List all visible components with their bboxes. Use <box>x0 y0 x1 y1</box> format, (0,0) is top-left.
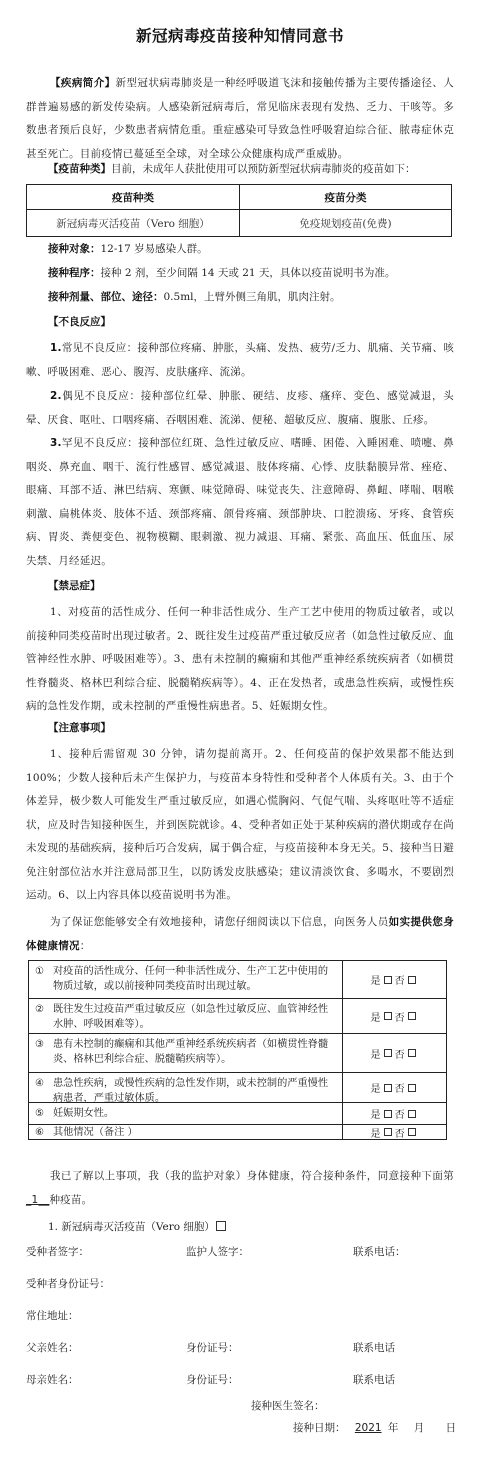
consent-text-before: 我已了解以上事项，我（我的监护对象）身体健康，符合接种条件，同意接种下面第 <box>50 1170 454 1182</box>
yes-checkbox[interactable] <box>384 1084 392 1092</box>
no-checkbox[interactable] <box>408 1110 416 1118</box>
vaccination-date: 接种日期： 2021 年 月 日 <box>293 1420 456 1436</box>
date-label: 接种日期： <box>293 1422 346 1434</box>
no-label: 否 <box>395 1009 405 1024</box>
adverse-item-2-text: 偶见不良反应：接种部位红晕、肿胀、硬结、皮疹、瘙痒、变色、感觉减退，头晕、厌食、… <box>26 390 454 426</box>
father-name-label: 父亲姓名： <box>26 1340 79 1356</box>
adverse-item-3-text: 罕见不良反应：接种部位红斑、急性过敏反应、嗜睡、困倦、入睡困难、喷嚏、鼻咽炎、鼻… <box>26 437 454 567</box>
yes-checkbox[interactable] <box>384 1049 392 1057</box>
adverse-item-1-prefix: 1. <box>50 342 62 354</box>
vaccine-types-label: 【疫苗种类】 <box>48 163 111 175</box>
yes-checkbox[interactable] <box>384 976 392 984</box>
contraindications-text: 1、对疫苗的活性成分、任何一种非活性成分、生产工艺中使用的物质过敏者，或以前接种… <box>26 601 454 719</box>
health-intro: 为了保证您能够安全有效地接种，请您仔细阅读以下信息，向医务人员如实提供您身体健康… <box>26 911 454 958</box>
procedure-label: 接种程序： <box>48 267 101 279</box>
yes-checkbox[interactable] <box>384 1110 392 1118</box>
yes-label: 是 <box>370 1009 380 1024</box>
notes-heading: 【注意事项】 <box>48 720 111 735</box>
consent-text-after: 种疫苗。 <box>49 1194 92 1206</box>
no-checkbox[interactable] <box>408 1084 416 1092</box>
health-row-3: ③患有未控制的癫痫和其他严重神经系统疾病者（如横贯性脊髓炎、格林巴利综合症、脱髓… <box>29 1034 446 1073</box>
dosage-label: 接种剂量、部位、途径： <box>48 291 164 303</box>
guardian-signature-label: 监护人签字： <box>186 1244 249 1260</box>
father-id-label: 身份证号： <box>186 1340 239 1356</box>
yes-label: 是 <box>370 1125 380 1140</box>
no-checkbox[interactable] <box>408 976 416 984</box>
address-label: 常住地址： <box>26 1308 79 1324</box>
consent-number-value: 1 <box>32 1194 39 1206</box>
consent-option: 1. 新冠病毒灭活疫苗（Vero 细胞） <box>48 1217 458 1237</box>
disease-intro-label: 【疾病简介】 <box>50 77 116 89</box>
yes-label: 是 <box>370 1046 380 1061</box>
no-checkbox[interactable] <box>408 1049 416 1057</box>
health-row-6-num: ⑥ <box>35 1125 53 1140</box>
adverse-item-2: 2.偶见不良反应：接种部位红晕、肿胀、硬结、皮疹、瘙痒、变色、感觉减退，头晕、厌… <box>26 385 454 432</box>
health-row-4-num: ④ <box>35 1076 53 1099</box>
health-row-5-text: 妊娠期女性。 <box>53 1106 338 1121</box>
notes-text: 1、接种后需留观 30 分钟，请勿提前离开。2、任何疫苗的保护效果都不能达到 1… <box>26 743 454 908</box>
recipient-signature-label: 受种者签字： <box>26 1244 89 1260</box>
health-row-1-answer: 是 否 <box>343 961 446 998</box>
year-unit: 年 <box>388 1422 399 1434</box>
health-row-5-num: ⑤ <box>35 1106 53 1121</box>
health-row-6-text: 其他情况（备注 ） <box>53 1125 338 1140</box>
date-year[interactable]: 2021 <box>355 1422 382 1434</box>
target-line: 接种对象：12-17 岁易感染人群。 <box>48 239 458 259</box>
consent-option-checkbox[interactable] <box>216 1221 226 1231</box>
no-label: 否 <box>395 1046 405 1061</box>
contraindications-heading: 【禁忌症】 <box>48 578 101 593</box>
yes-label: 是 <box>370 1106 380 1121</box>
doctor-signature-label: 接种医生签名： <box>251 1398 325 1414</box>
procedure-line: 接种程序：接种 2 剂，至少间隔 14 天或 21 天，具体以疫苗说明书为准。 <box>48 263 458 283</box>
yes-label: 是 <box>370 972 380 987</box>
adverse-item-3-prefix: 3. <box>50 437 62 449</box>
no-checkbox[interactable] <box>408 1012 416 1020</box>
health-row-2: ②既往发生过疫苗严重过敏反应（如急性过敏反应、血管神经性水肿、呼吸困难等）。 是… <box>29 999 446 1034</box>
consent-statement: 我已了解以上事项，我（我的监护对象）身体健康，符合接种条件，同意接种下面第_1_… <box>26 1165 454 1212</box>
adverse-item-1: 1.常见不良反应：接种部位疼痛、肿胀，头痛、发热、疲劳/乏力、肌痛、关节痛、咳嗽… <box>26 337 454 384</box>
health-row-1: ①对疫苗的活性成分、任何一种非活性成分、生产工艺中使用的物质过敏，或以前接种同类… <box>29 961 446 999</box>
health-row-1-text: 对疫苗的活性成分、任何一种非活性成分、生产工艺中使用的物质过敏，或以前接种同类疫… <box>53 964 338 995</box>
vaccine-table: 疫苗种类 疫苗分类 新冠病毒灭活疫苗（Vero 细胞） 免疫规划疫苗(免费) <box>26 184 452 237</box>
father-phone-label: 联系电话 <box>353 1340 395 1356</box>
vaccine-table-cell-category: 免疫规划疫苗(免费) <box>240 210 451 236</box>
vaccine-table-header-category: 疫苗分类 <box>240 185 451 210</box>
health-row-5-answer: 是 否 <box>343 1103 446 1124</box>
health-row-6: ⑥其他情况（备注 ） 是 否 <box>29 1125 446 1139</box>
target-text: 12-17 岁易感染人群。 <box>101 243 208 255</box>
adverse-item-3: 3.罕见不良反应：接种部位红斑、急性过敏反应、嗜睡、困倦、入睡困难、喷嚏、鼻咽炎… <box>26 432 454 573</box>
vaccine-table-cell-type: 新冠病毒灭活疫苗（Vero 细胞） <box>27 210 240 236</box>
disease-intro-text: 新型冠状病毒肺炎是一种经呼吸道飞沫和接触传播为主要传播途径、人群普遍易感的新发传… <box>26 77 454 160</box>
health-row-4-answer: 是 否 <box>343 1073 446 1102</box>
health-row-4: ④患急性疾病，或慢性疾病的急性发作期，或未控制的严重慢性病患者，严重过敏体质。 … <box>29 1073 446 1103</box>
health-row-2-text: 既往发生过疫苗严重过敏反应（如急性过敏反应、血管神经性水肿、呼吸困难等）。 <box>53 1002 338 1030</box>
target-label: 接种对象： <box>48 243 101 255</box>
health-row-3-text: 患有未控制的癫痫和其他严重神经系统疾病者（如横贯性脊髓炎、格林巴利综合症、脱髓鞘… <box>53 1037 338 1069</box>
health-table: ①对疫苗的活性成分、任何一种非活性成分、生产工艺中使用的物质过敏，或以前接种同类… <box>28 960 447 1140</box>
health-intro-end: ： <box>80 940 91 952</box>
month-unit: 月 <box>414 1422 425 1434</box>
health-row-4-text: 患急性疾病，或慢性疾病的急性发作期，或未控制的严重慢性病患者，严重过敏体质。 <box>53 1076 338 1099</box>
health-row-1-num: ① <box>35 964 53 995</box>
no-checkbox[interactable] <box>408 1128 416 1136</box>
no-label: 否 <box>395 972 405 987</box>
dosage-text: 0.5ml，上臂外侧三角肌，肌肉注射。 <box>164 291 341 303</box>
health-row-3-answer: 是否 <box>343 1034 446 1072</box>
yes-checkbox[interactable] <box>384 1128 392 1136</box>
dosage-line: 接种剂量、部位、途径：0.5ml，上臂外侧三角肌，肌肉注射。 <box>48 287 458 307</box>
mother-phone-label: 联系电话 <box>353 1372 395 1388</box>
adverse-item-2-prefix: 2. <box>50 390 62 402</box>
vaccine-types-text: 目前，未成年人获批使用可以预防新型冠状病毒肺炎的疫苗如下： <box>111 163 416 175</box>
mother-id-label: 身份证号： <box>186 1372 239 1388</box>
yes-checkbox[interactable] <box>384 1012 392 1020</box>
no-label: 否 <box>395 1125 405 1140</box>
health-intro-text: 为了保证您能够安全有效地接种，请您仔细阅读以下信息，向医务人员 <box>50 916 389 928</box>
health-row-5: ⑤妊娠期女性。 是 否 <box>29 1103 446 1125</box>
adverse-heading: 【不良反应】 <box>48 314 111 329</box>
health-row-2-num: ② <box>35 1002 53 1030</box>
consent-number[interactable]: _1__ <box>26 1194 49 1206</box>
no-label: 否 <box>395 1080 405 1095</box>
phone-label: 联系电话： <box>353 1244 406 1260</box>
health-row-2-answer: 是 否 <box>343 999 446 1033</box>
vaccine-table-header-type: 疫苗种类 <box>27 185 240 210</box>
document-title: 新冠病毒疫苗接种知情同意书 <box>0 24 480 46</box>
mother-name-label: 母亲姓名： <box>26 1372 79 1388</box>
procedure-text: 接种 2 剂，至少间隔 14 天或 21 天，具体以疫苗说明书为准。 <box>101 267 396 279</box>
yes-label: 是 <box>370 1080 380 1095</box>
no-label: 否 <box>395 1106 405 1121</box>
recipient-id-label: 受种者身份证号： <box>26 1276 110 1292</box>
disease-intro: 【疾病简介】新型冠状病毒肺炎是一种经呼吸道飞沫和接触传播为主要传播途径、人群普遍… <box>26 72 454 166</box>
consent-option-label: 1. 新冠病毒灭活疫苗（Vero 细胞） <box>48 1221 215 1233</box>
day-unit: 日 <box>446 1422 457 1434</box>
vaccine-types-intro: 【疫苗种类】目前，未成年人获批使用可以预防新型冠状病毒肺炎的疫苗如下： <box>48 159 458 179</box>
adverse-item-1-text: 常见不良反应：接种部位疼痛、肿胀，头痛、发热、疲劳/乏力、肌痛、关节痛、咳嗽、呼… <box>26 342 454 378</box>
health-row-3-num: ③ <box>35 1037 53 1069</box>
health-row-6-answer: 是 否 <box>343 1125 446 1139</box>
